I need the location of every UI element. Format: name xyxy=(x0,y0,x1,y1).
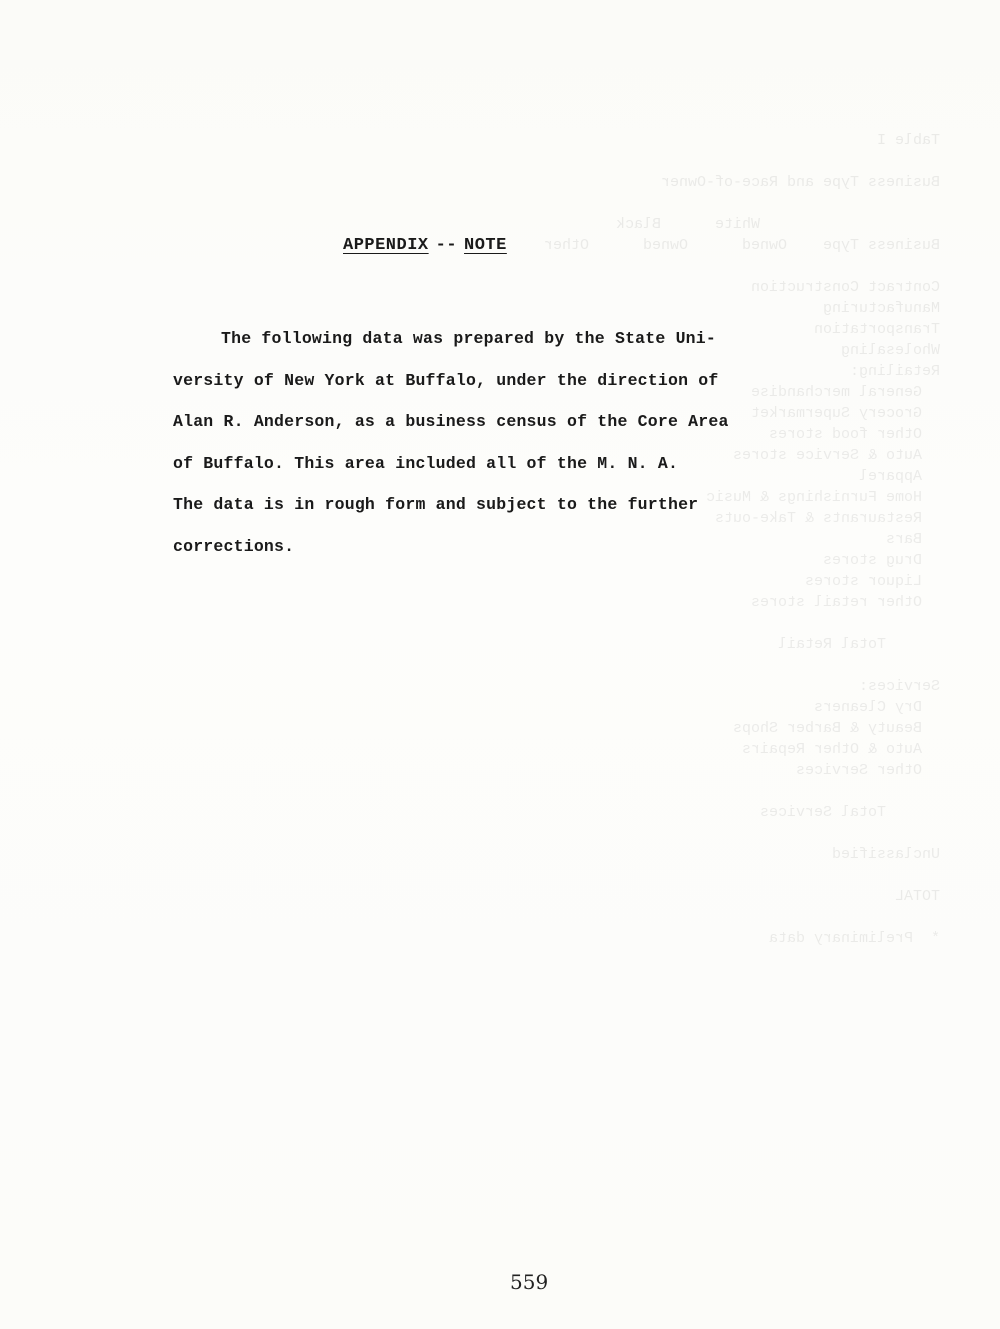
bleed-through-background: Table I Business Type and Race-of-Owner … xyxy=(160,130,940,1170)
heading-note: NOTE xyxy=(464,236,507,255)
note-paragraph: The following data was prepared by the S… xyxy=(173,318,773,567)
heading-separator: -- xyxy=(436,236,457,255)
paragraph-line: The following data was prepared by the S… xyxy=(173,318,773,360)
page-number: 559 xyxy=(510,1270,548,1294)
heading-appendix: APPENDIX xyxy=(343,236,429,255)
paragraph-line: versity of New York at Buffalo, under th… xyxy=(173,360,773,402)
appendix-heading: APPENDIX--NOTE xyxy=(343,236,507,255)
paragraph-line: Alan R. Anderson, as a business census o… xyxy=(173,401,773,443)
paragraph-line: The data is in rough form and subject to… xyxy=(173,484,773,526)
document-page: Table I Business Type and Race-of-Owner … xyxy=(0,0,1000,1329)
paragraph-line: corrections. xyxy=(173,526,773,568)
paragraph-line: of Buffalo. This area included all of th… xyxy=(173,443,773,485)
